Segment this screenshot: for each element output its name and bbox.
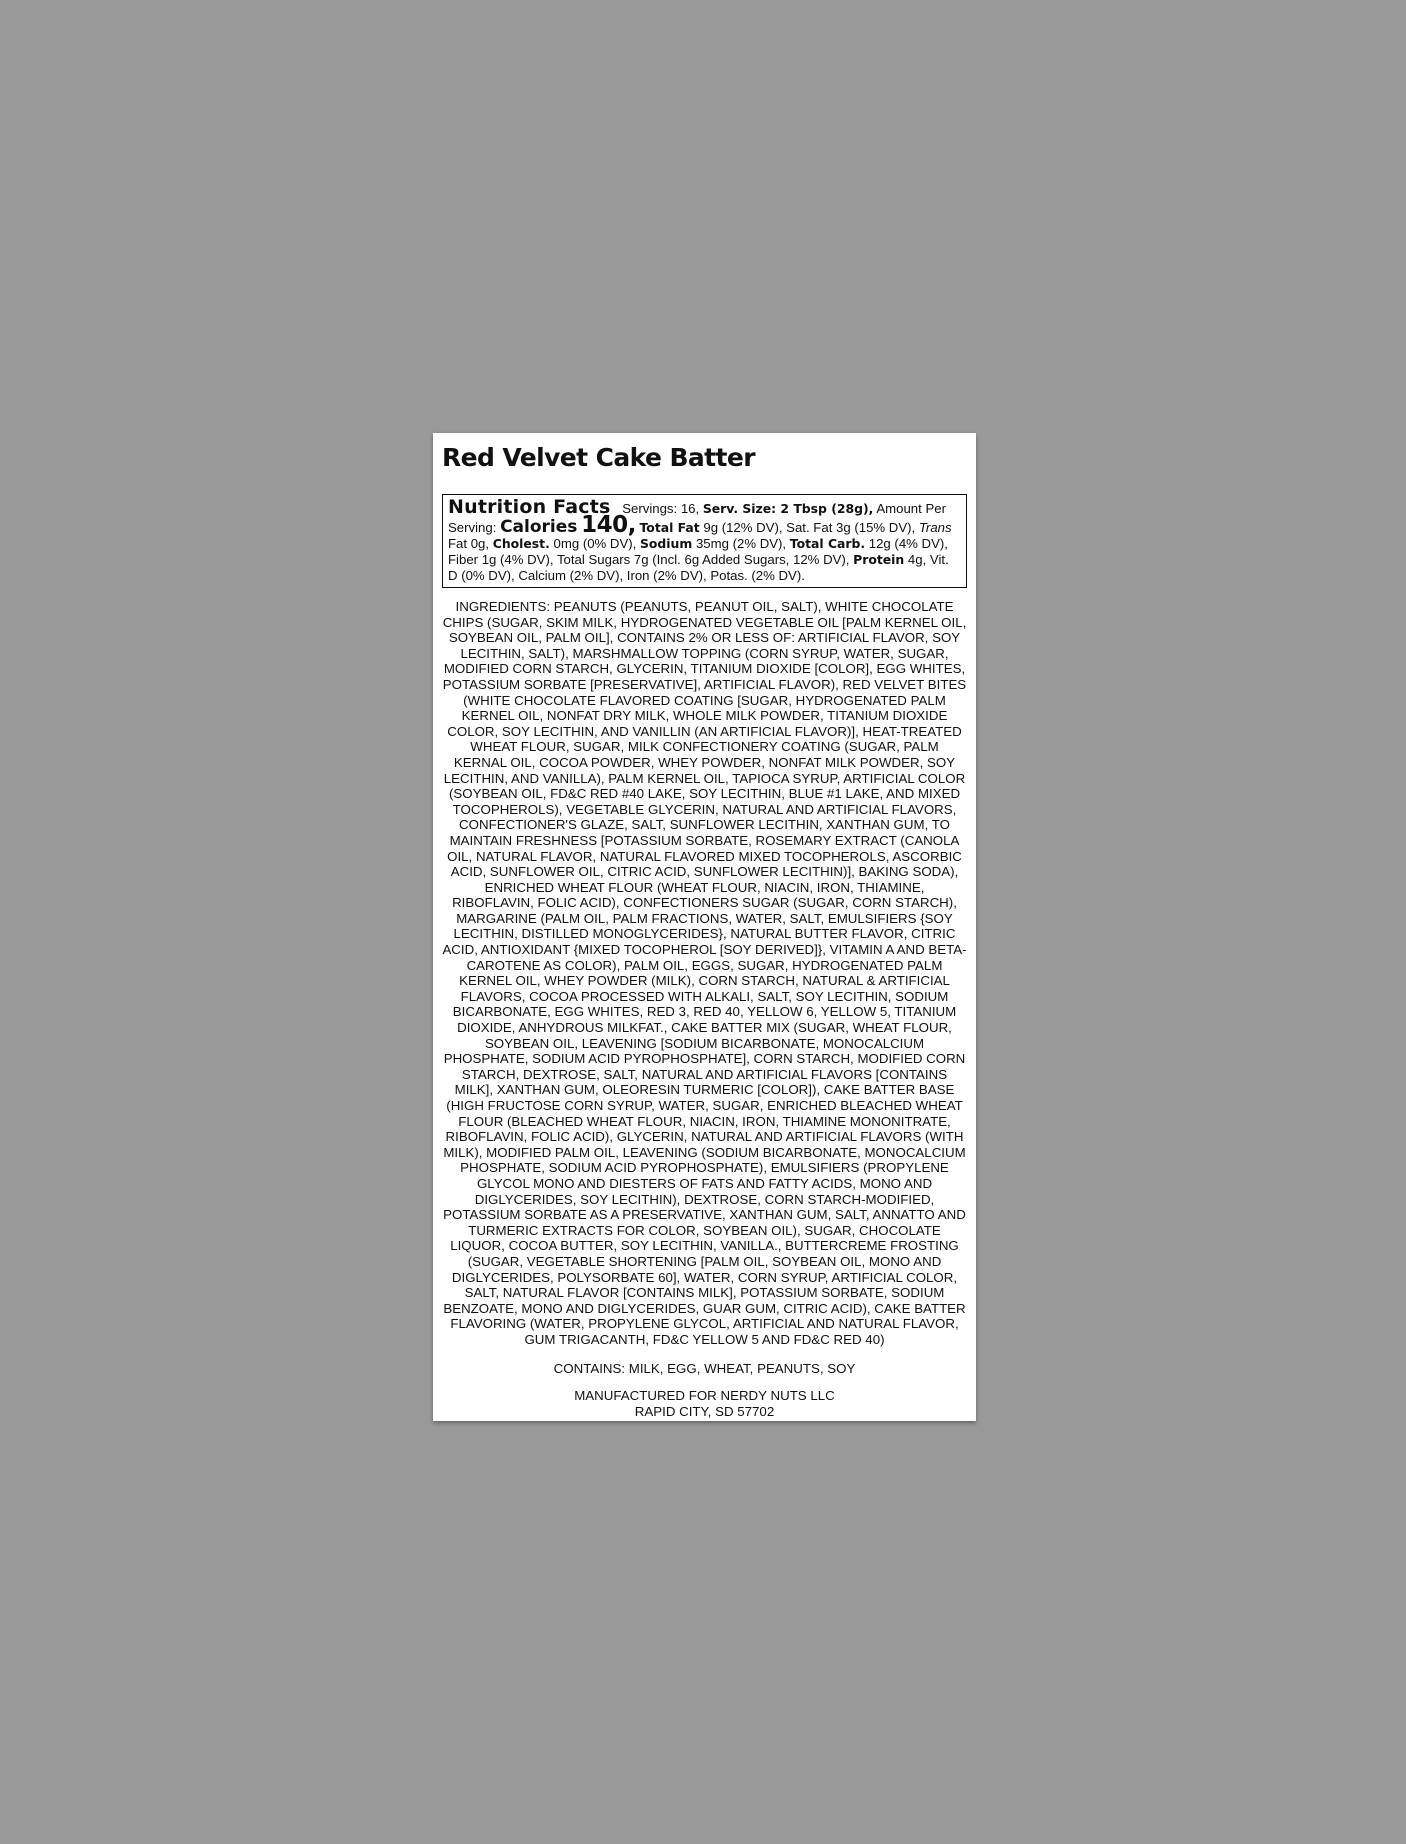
sodium-value: 35mg (2% DV), bbox=[696, 536, 786, 551]
sodium-label: Sodium bbox=[640, 536, 692, 551]
ingredients-list: INGREDIENTS: PEANUTS (PEANUTS, PEANUT OI… bbox=[442, 599, 967, 1348]
calories-value: 140 bbox=[581, 512, 628, 538]
total-fat-value: 9g (12% DV), Sat. Fat 3g (15% DV), bbox=[703, 520, 915, 535]
nutrition-facts-panel: Nutrition Facts Servings: 16, Serv. Size… bbox=[442, 494, 967, 588]
cholesterol-label: Cholest. bbox=[493, 536, 550, 551]
manufacturer-address: RAPID CITY, SD 57702 bbox=[442, 1404, 967, 1420]
trans-label: Trans bbox=[919, 520, 952, 535]
total-carb-label: Total Carb. bbox=[790, 536, 865, 551]
allergen-statement: CONTAINS: MILK, EGG, WHEAT, PEANUTS, SOY bbox=[442, 1361, 967, 1377]
manufacturer-name: MANUFACTURED FOR NERDY NUTS LLC bbox=[442, 1388, 967, 1404]
total-fat-label: Total Fat bbox=[640, 520, 700, 535]
trans-fat-value: Fat 0g, bbox=[448, 536, 489, 551]
manufacturer-info: MANUFACTURED FOR NERDY NUTS LLC RAPID CI… bbox=[442, 1388, 967, 1420]
protein-value: 4g, bbox=[908, 552, 926, 567]
product-label: Red Velvet Cake Batter Nutrition Facts S… bbox=[433, 433, 976, 1421]
calories-label: Calories bbox=[500, 517, 577, 537]
calories-separator: , bbox=[628, 512, 636, 538]
cholesterol-value: 0mg (0% DV), bbox=[554, 536, 637, 551]
product-title: Red Velvet Cake Batter bbox=[442, 443, 967, 473]
protein-label: Protein bbox=[853, 552, 904, 567]
serving-size: Serv. Size: 2 Tbsp (28g), bbox=[703, 501, 874, 516]
